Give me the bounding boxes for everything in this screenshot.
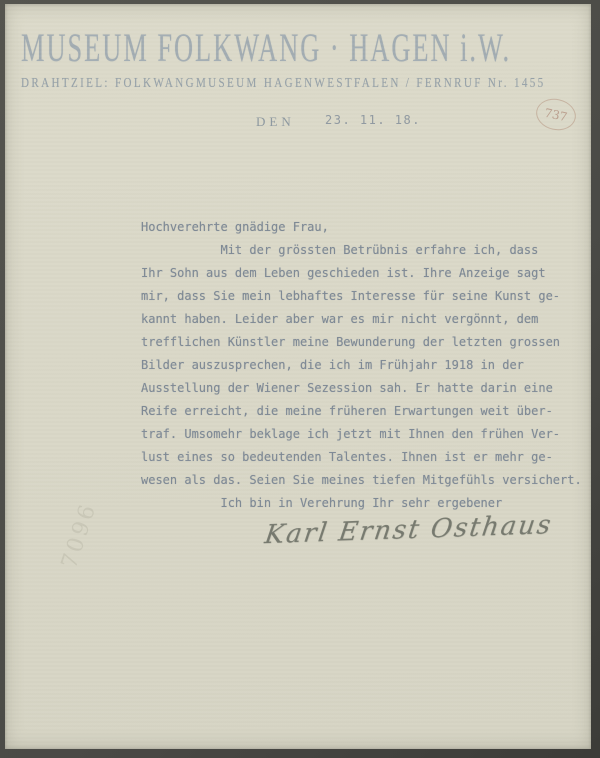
typed-line: Reife erreicht, die meine früheren Erwar…: [141, 400, 582, 423]
typed-lines: Hochverehrte gnädige Frau, Mit der gröss…: [141, 216, 582, 515]
typed-line: Ihr Sohn aus dem Leben geschieden ist. I…: [141, 262, 582, 285]
letterhead-subtitle: DRAHTZIEL: FOLKWANGMUSEUM HAGENWESTFALEN…: [21, 76, 546, 92]
typed-line: kannt haben. Leider aber war es mir nich…: [141, 308, 582, 331]
letter-paper: MUSEUM FOLKWANG · HAGEN i.W. DRAHTZIEL: …: [5, 4, 591, 749]
scanned-letter: MUSEUM FOLKWANG · HAGEN i.W. DRAHTZIEL: …: [0, 0, 600, 758]
typed-line: Mit der grössten Betrübnis erfahre ich, …: [141, 239, 582, 262]
typed-line: Ausstellung der Wiener Sezession sah. Er…: [141, 377, 582, 400]
dateline-label: DEN: [256, 114, 295, 130]
signature-karl-ernst-osthaus: Karl Ernst Osthaus: [263, 510, 555, 550]
archival-number: 737: [543, 105, 568, 123]
typed-line: trefflichen Künstler meine Bewunderung d…: [141, 331, 582, 354]
typed-line: Bilder auszusprechen, die ich im Frühjah…: [141, 354, 582, 377]
typed-line: traf. Umsomehr beklage ich jetzt mit Ihn…: [141, 423, 582, 446]
dateline-date: 23. 11. 18.: [325, 113, 421, 127]
typed-line: wesen als das. Seien Sie meines tiefen M…: [141, 469, 582, 492]
archival-number-stamp: 737: [533, 95, 579, 134]
typed-line: Hochverehrte gnädige Frau,: [141, 216, 582, 239]
typed-line: lust eines so bedeutenden Talentes. Ihne…: [141, 446, 582, 469]
letterhead-title: MUSEUM FOLKWANG · HAGEN i.W.: [21, 24, 511, 71]
faint-pencil-number: 7096: [57, 499, 102, 571]
typed-line: mir, dass Sie mein lebhaftes Interesse f…: [141, 285, 582, 308]
